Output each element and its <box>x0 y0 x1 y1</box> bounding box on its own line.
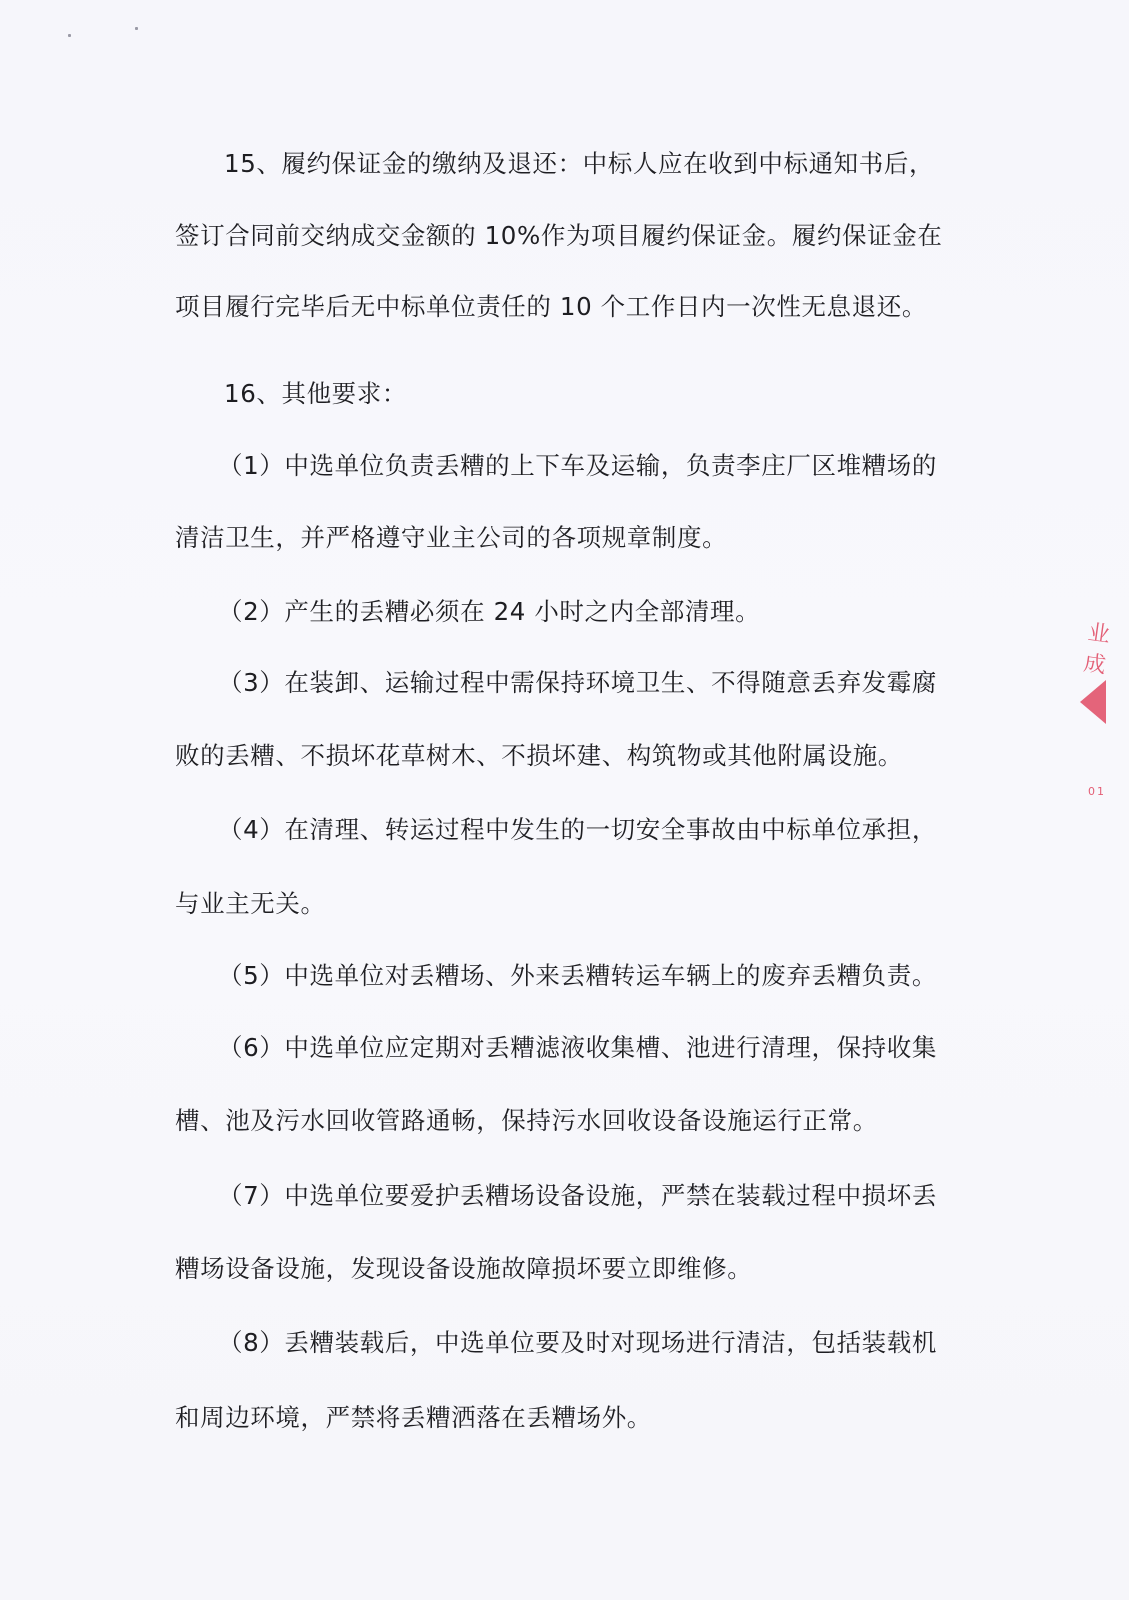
item-1-line-2: 清洁卫生，并严格遵守业主公司的各项规章制度。 <box>175 522 727 554</box>
item-1-line-1: （1）中选单位负责丢糟的上下车及运输，负责李庄厂区堆糟场的 <box>218 450 937 482</box>
scan-speck <box>135 27 138 30</box>
section-16-heading: 16、其他要求： <box>224 378 407 410</box>
item-5-line-1: （5）中选单位对丢糟场、外来丢糟转运车辆上的废弃丢糟负责。 <box>218 960 937 992</box>
section-15-line-2: 签订合同前交纳成交金额的 10%作为项目履约保证金。履约保证金在 <box>175 220 942 252</box>
item-6-line-2: 槽、池及污水回收管路通畅，保持污水回收设备设施运行正常。 <box>175 1105 878 1137</box>
stamp-number: 01 <box>1088 785 1106 798</box>
section-15-line-1: 15、履约保证金的缴纳及退还：中标人应在收到中标通知书后， <box>224 148 934 180</box>
item-4-line-2: 与业主无关。 <box>175 888 326 920</box>
item-6-line-1: （6）中选单位应定期对丢糟滤液收集槽、池进行清理，保持收集 <box>218 1032 937 1064</box>
stamp-star-icon <box>1080 680 1106 724</box>
scan-speck <box>68 34 71 37</box>
item-3-line-2: 败的丢糟、不损坏花草树木、不损坏建、构筑物或其他附属设施。 <box>175 740 903 772</box>
scanned-document-page: 15、履约保证金的缴纳及退还：中标人应在收到中标通知书后， 签订合同前交纳成交金… <box>0 0 1129 1600</box>
item-3-line-1: （3）在装卸、运输过程中需保持环境卫生、不得随意丢弃发霉腐 <box>218 667 937 699</box>
item-7-line-2: 糟场设备设施，发现设备设施故障损坏要立即维修。 <box>175 1253 752 1285</box>
official-seal-stamp: 业成 01 <box>1078 600 1129 830</box>
stamp-text: 业成 <box>1082 615 1129 682</box>
section-15-line-3: 项目履行完毕后无中标单位责任的 10 个工作日内一次性无息退还。 <box>175 291 927 323</box>
item-8-line-2: 和周边环境，严禁将丢糟洒落在丢糟场外。 <box>175 1402 652 1434</box>
item-7-line-1: （7）中选单位要爱护丢糟场设备设施，严禁在装载过程中损坏丢 <box>218 1180 937 1212</box>
item-8-line-1: （8）丢糟装载后，中选单位要及时对现场进行清洁，包括装载机 <box>218 1327 937 1359</box>
item-4-line-1: （4）在清理、转运过程中发生的一切安全事故由中标单位承担， <box>218 814 937 846</box>
item-2-line-1: （2）产生的丢糟必须在 24 小时之内全部清理。 <box>218 596 760 628</box>
